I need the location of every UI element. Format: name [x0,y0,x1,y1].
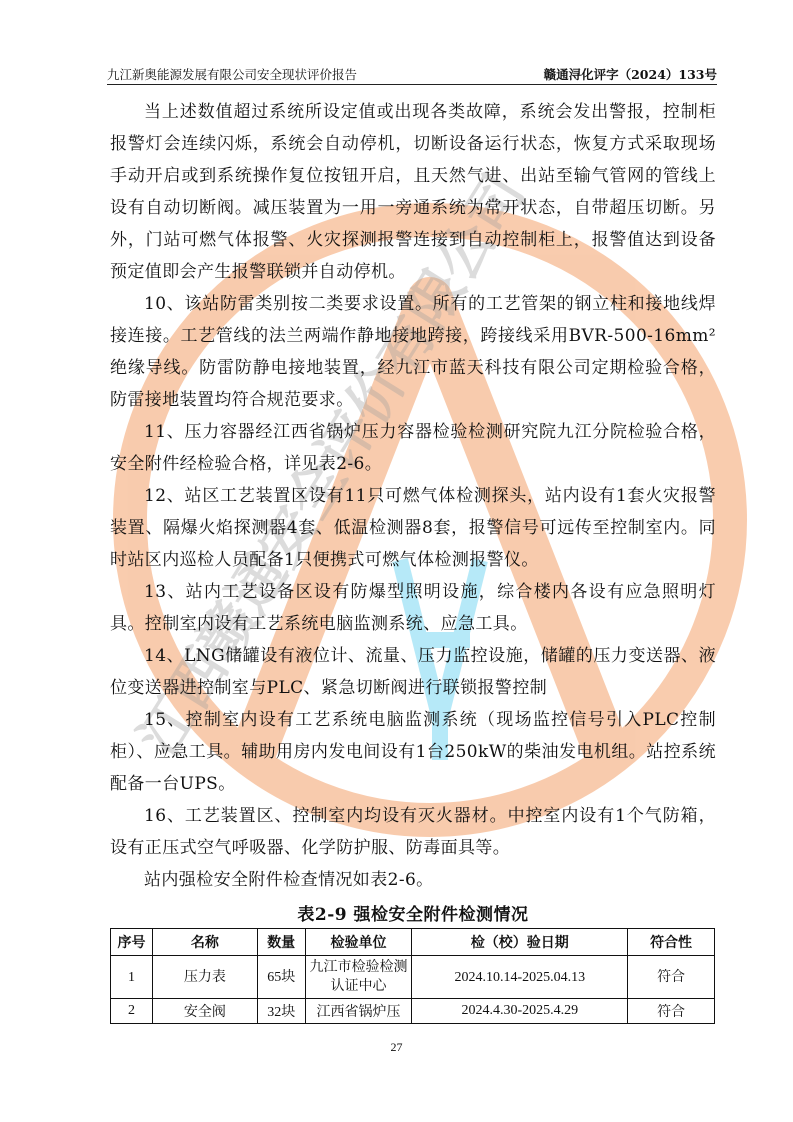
cell-name: 安全阀 [152,999,257,1024]
table-row: 2 安全阀 32块 江西省锅炉压 2024.4.30-2025.4.29 符合 [111,999,715,1024]
column-header-inspection-date: 检（校）验日期 [412,929,628,956]
column-header-index: 序号 [111,929,153,956]
table-caption: 表2-9 强检安全附件检测情况 [110,900,716,925]
paragraph-item-14-lng-tank: 14、LNG储罐设有液位计、流量、压力监控设施，储罐的压力变送器、液位变送器进控… [110,640,716,704]
column-header-compliance: 符合性 [628,929,715,956]
cell-inspection-date: 2024.4.30-2025.4.29 [412,999,628,1024]
body-text: 当上述数值超过系统所设定值或出现各类故障，系统会发出警报，控制柜报警灯会连续闪烁… [110,96,716,896]
cell-inspection-date: 2024.10.14-2025.04.13 [412,956,628,999]
document-page: 江西赣通安全评价有限公司 九江新奥能源发展有限公司安全现状评价报告 赣通浔化评字… [0,0,793,1122]
paragraph-table-reference: 站内强检安全附件检查情况如表2-6。 [110,864,716,896]
paragraph-item-15-control-room: 15、控制室内设有工艺系统电脑监测系统（现场监控信号引入PLC控制柜）、应急工具… [110,704,716,800]
table-header-row: 序号 名称 数量 检验单位 检（校）验日期 符合性 [111,929,715,956]
header-report-number: 赣通浔化评字（2024）133号 [544,65,717,83]
cell-compliance: 符合 [628,999,715,1024]
inspection-table: 序号 名称 数量 检验单位 检（校）验日期 符合性 1 压力表 65块 九江市检… [110,928,715,1024]
cell-compliance: 符合 [628,956,715,999]
column-header-quantity: 数量 [257,929,305,956]
cell-quantity: 65块 [257,956,305,999]
cell-inspection-unit: 九江市检验检测认证中心 [305,956,412,999]
page-number: 27 [0,1040,793,1055]
page-header: 九江新奥能源发展有限公司安全现状评价报告 赣通浔化评字（2024）133号 [107,66,717,85]
paragraph-item-12-gas-detection: 12、站区工艺装置区设有11只可燃气体检测探头，站内设有1套火灾报警装置、隔爆火… [110,480,716,576]
paragraph-item-10-lightning: 10、该站防雷类别按二类要求设置。所有的工艺管架的钢立柱和接地线焊接连接。工艺管… [110,288,716,416]
column-header-inspection-unit: 检验单位 [305,929,412,956]
cell-quantity: 32块 [257,999,305,1024]
cell-index: 2 [111,999,153,1024]
paragraph-item-13-lighting: 13、站内工艺设备区设有防爆型照明设施，综合楼内各设有应急照明灯具。控制室内设有… [110,576,716,640]
column-header-name: 名称 [152,929,257,956]
table-row: 1 压力表 65块 九江市检验检测认证中心 2024.10.14-2025.04… [111,956,715,999]
paragraph-alarm-shutdown: 当上述数值超过系统所设定值或出现各类故障，系统会发出警报，控制柜报警灯会连续闪烁… [110,96,716,288]
cell-inspection-unit: 江西省锅炉压 [305,999,412,1024]
cell-index: 1 [111,956,153,999]
cell-name: 压力表 [152,956,257,999]
header-report-title: 九江新奥能源发展有限公司安全现状评价报告 [107,65,357,83]
paragraph-item-16-fire-equipment: 16、工艺装置区、控制室内均设有灭火器材。中控室内设有1个气防箱，设有正压式空气… [110,800,716,864]
paragraph-item-11-pressure-vessel: 11、压力容器经江西省锅炉压力容器检验检测研究院九江分院检验合格，安全附件经检验… [110,416,716,480]
